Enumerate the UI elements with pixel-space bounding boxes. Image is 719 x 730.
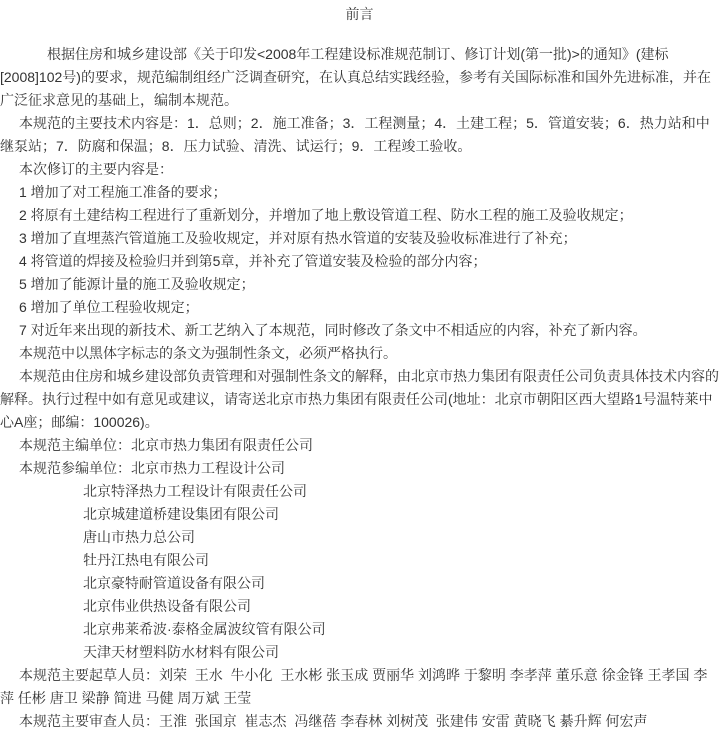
participating-unit-2: 北京城建道桥建设集团有限公司 bbox=[0, 503, 719, 526]
reviewers-line: 本规范主要审查人员：王淮 张国京 崔志杰 冯继蓓 李春林 刘树茂 张建伟 安雷 … bbox=[0, 710, 719, 730]
document-page: 前言 根据住房和城乡建设部《关于印发<2008年工程建设标准规范制订、修订计划(… bbox=[0, 3, 719, 730]
management-note: 本规范由住房和城乡建设部负责管理和对强制性条文的解释，由北京市热力集团有限责任公… bbox=[0, 365, 719, 434]
mandatory-clause-note: 本规范中以黑体字标志的条文为强制性条文，必须严格执行。 bbox=[0, 342, 719, 365]
revision-item-1: 1 增加了对工程施工准备的要求； bbox=[0, 181, 719, 204]
revision-item-5: 5 增加了能源计量的施工及验收规定； bbox=[0, 273, 719, 296]
participants-line: 本规范参编单位：北京市热力工程设计公司 bbox=[0, 457, 719, 480]
revision-item-7: 7 对近年来出现的新技术、新工艺纳入了本规范，同时修改了条文中不相适应的内容，补… bbox=[0, 319, 719, 342]
participating-unit-7: 北京弗莱希波·泰格金属波纹管有限公司 bbox=[0, 618, 719, 641]
chief-editor-line: 本规范主编单位：北京市热力集团有限责任公司 bbox=[0, 434, 719, 457]
participating-unit-5: 北京豪特耐管道设备有限公司 bbox=[0, 572, 719, 595]
participating-unit-6: 北京伟业供热设备有限公司 bbox=[0, 595, 719, 618]
tech-content-paragraph: 本规范的主要技术内容是：1．总则；2．施工准备；3．工程测量；4．土建工程；5．… bbox=[0, 112, 719, 158]
revision-item-2: 2 将原有土建结构工程进行了重新划分，并增加了地上敷设管道工程、防水工程的施工及… bbox=[0, 204, 719, 227]
revision-intro: 本次修订的主要内容是： bbox=[0, 158, 719, 181]
revision-item-4: 4 将管道的焊接及检验归并到第5章，并补充了管道安装及检验的部分内容； bbox=[0, 250, 719, 273]
participating-unit-4: 牡丹江热电有限公司 bbox=[0, 549, 719, 572]
page-title: 前言 bbox=[0, 3, 719, 26]
intro-paragraph: 根据住房和城乡建设部《关于印发<2008年工程建设标准规范制订、修订计划(第一批… bbox=[0, 43, 719, 112]
participating-unit-3: 唐山市热力总公司 bbox=[0, 526, 719, 549]
participating-unit-1: 北京特泽热力工程设计有限责任公司 bbox=[0, 480, 719, 503]
drafters-line: 本规范主要起草人员：刘荣 王水 牛小化 王水彬 张玉成 贾丽华 刘鸿晔 于黎明 … bbox=[0, 664, 719, 710]
participating-unit-8: 天津天材塑料防水材料有限公司 bbox=[0, 641, 719, 664]
revision-item-3: 3 增加了直埋蒸汽管道施工及验收规定，并对原有热水管道的安装及验收标准进行了补充… bbox=[0, 227, 719, 250]
revision-item-6: 6 增加了单位工程验收规定； bbox=[0, 296, 719, 319]
